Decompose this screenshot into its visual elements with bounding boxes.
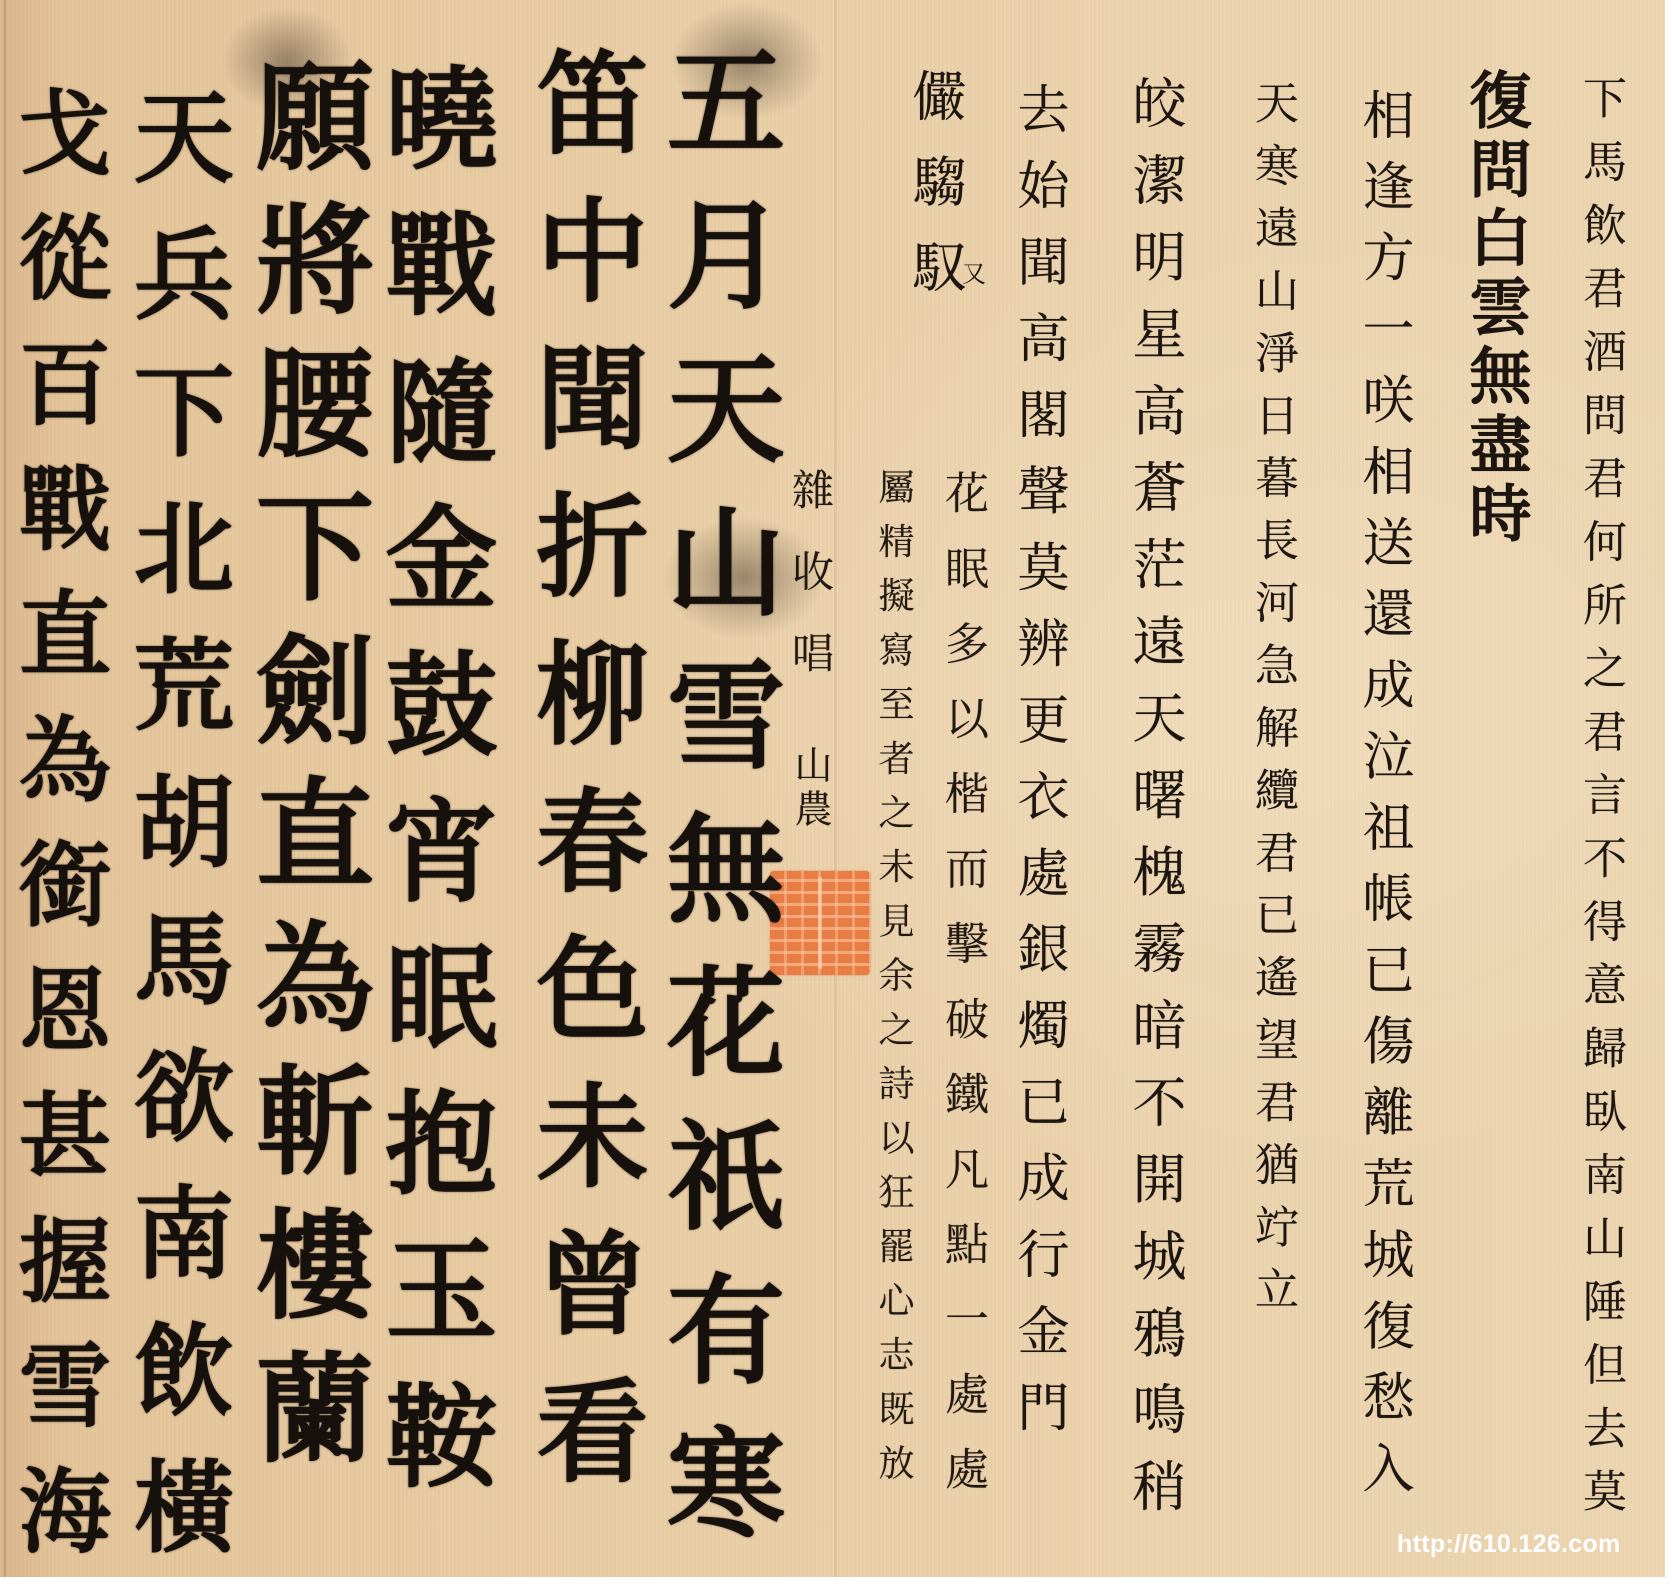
paper-fold-line: [834, 0, 837, 1577]
cursive-column-5: 天兵下北荒胡馬欲南飲橫: [126, 85, 226, 1555]
poem-column-6: 去始聞高閣聲莫辨更衣處銀燭已成行金門: [1012, 82, 1064, 1432]
marginal-mark: 又: [962, 262, 986, 286]
poem-column-5: 皎潔明星高蒼茫遠天曙槐霧暗不開城鴉鳴稍: [1128, 75, 1182, 1512]
poem-column-3: 相逢方一咲相送還成泣祖帳已傷離荒城復愁入: [1357, 88, 1409, 1493]
signature-title: 雜收唱: [789, 468, 831, 673]
poem-column-1: 下馬飲君酒問君何所之君言不得意歸臥南山陲但去莫: [1578, 75, 1622, 1512]
cursive-column-6: 戈從百戰直為銜恩甚握雪海: [12, 85, 104, 1555]
cursive-column-2: 笛中聞折柳春色未曾看: [527, 45, 639, 1485]
signature-name: 山農: [791, 745, 829, 827]
inscription-column-2: 屬精擬寫至者之未見余之詩以狂罷心志既放: [875, 468, 911, 1480]
cursive-column-3: 曉戰隨金鼓宵眠抱玉鞍: [376, 60, 488, 1490]
poem-column-7: 儼騶馭: [908, 68, 962, 293]
poem-column-2: 復問白雲無盡時: [1464, 68, 1526, 543]
seal-carving: [818, 877, 822, 969]
poem-column-4: 天寒遠山淨日暮長河急解纜君已遙望君猶竚立: [1250, 80, 1294, 1310]
cursive-column-4: 願將腰下劍直為斬樓蘭: [246, 55, 364, 1465]
watermark-url: http://610.126.com: [1397, 1530, 1621, 1559]
cursive-column-1: 五月天山雪無花祇有寒: [657, 40, 775, 1540]
inscription-column-1: 花眠多以楷而擊破鐵凡點一處處: [940, 470, 984, 1490]
